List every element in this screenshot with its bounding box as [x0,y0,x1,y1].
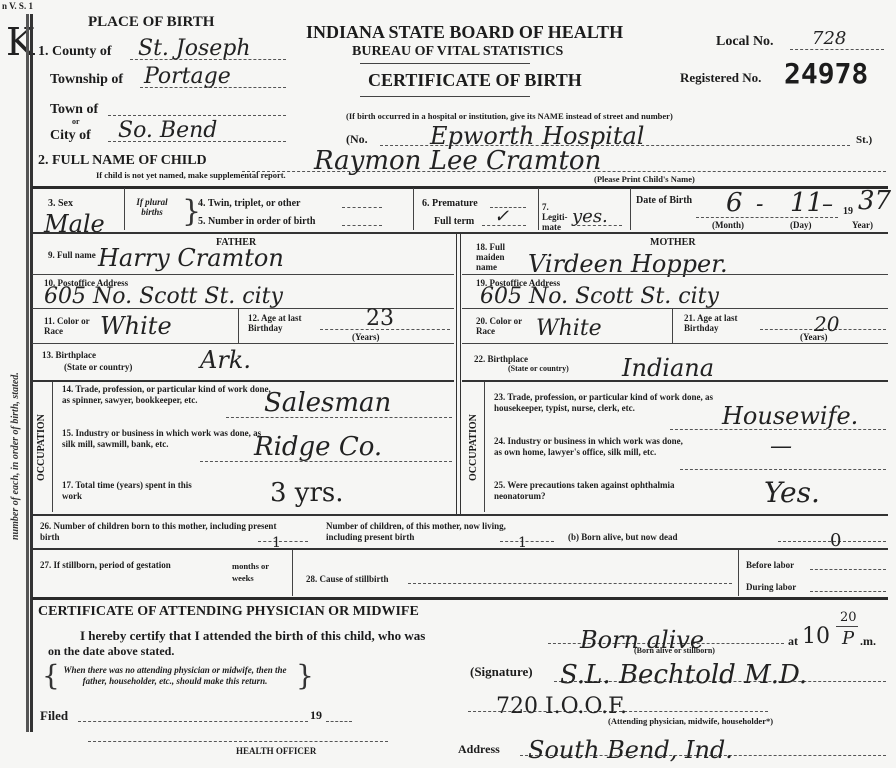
filed-label: Filed [40,708,68,724]
father-trade-value: Salesman [264,388,391,418]
before-labor-label: Before labor [746,560,794,570]
stillbirth-cause-label: 28. Cause of stillbirth [306,574,389,584]
children-living-field: 1 [500,532,554,542]
child-name-field: Raymon Lee Cramton [242,146,886,172]
local-no-label: Local No. [716,34,774,50]
local-no-field: 728 [790,28,884,50]
birth-status-caption: (Born alive or stillborn) [634,646,715,655]
county-field: St. Joseph [130,36,286,60]
or-label: or [72,117,80,126]
birth-time-min: 20 [840,610,857,625]
town-field [108,100,286,116]
full-term-check: ✓ [482,206,509,227]
mother-industry-field [680,458,886,470]
mother-occupation-title: OCCUPATION [468,388,479,508]
county-label: 1. County of [38,44,112,60]
registered-no-label: Registered No. [680,70,761,86]
health-officer-label: HEALTH OFFICER [236,746,316,756]
st-label: St.) [856,134,872,146]
father-time-label: 17. Total time (years) spent in this wor… [62,480,192,502]
dob-month: 6 [726,188,743,218]
margin-rule [26,14,29,732]
child-name-label: 2. FULL NAME OF CHILD [38,153,207,169]
mother-trade-value: Housewife. [722,402,858,430]
mother-birthplace-value: Indiana [622,354,714,382]
stillbirth-gestation-label: 27. If stillborn, period of gestation [40,560,171,570]
sex-label: 3. Sex [48,198,73,209]
address-label: Address [458,742,500,757]
mother-section-title: MOTHER [650,237,696,248]
township-value: Portage [140,64,231,89]
birth-ampm: P [842,628,854,649]
during-labor-field [810,582,886,592]
place-of-birth-title: PLACE OF BIRTH [88,14,214,31]
dob-year-prefix: 19 [843,206,853,217]
at-label: at [788,634,798,649]
dob-day: 11 [790,188,823,218]
form-id: n V. S. 1 [2,1,33,11]
mother-trade-label: 23. Trade, profession, or particular kin… [494,392,714,414]
children-living-label: Number of children, of this mother, now … [326,521,506,543]
order-label: 5. Number in order of birth [198,216,315,227]
physician-statement-cont: on the date above stated. [48,644,174,659]
father-age-value: 23 [366,306,394,331]
children-dead-label: (b) Born alive, but now dead [568,532,678,542]
mother-birthplace-sub: (State or country) [508,364,569,373]
father-occupation-title: OCCUPATION [36,388,47,508]
margin-rule-inner [30,14,33,732]
filed-year: 19 [310,708,322,723]
father-birthplace-label: 13. Birthplace [42,350,96,360]
signature-line2-value: 720 I.O.O.F. [468,694,627,719]
plural-label: If plural births [130,197,174,217]
legit-field: yes. [572,206,622,226]
month-caption: (Month) [712,220,744,230]
twin-label: 4. Twin, triplet, or other [198,198,301,209]
before-labor-field [810,560,886,570]
father-industry-label: 15. Industry or business in which work w… [62,428,262,450]
city-value: So. Bend [108,118,217,143]
signature-value: S.L. Bechtold M.D. [554,660,807,690]
mother-precautions-value: Yes. [764,476,820,509]
city-field: So. Bend [108,118,286,142]
board-title: INDIANA STATE BOARD OF HEALTH [306,22,623,43]
twin-field [342,196,382,208]
address-value: South Bend, Ind. [520,736,733,764]
legit-label: 7. Legiti-mate [542,202,572,232]
physician-title: CERTIFICATE OF ATTENDING PHYSICIAN OR MI… [38,604,419,620]
mother-race-label: 20. Color or Race [476,316,532,336]
premature-label: 6. Premature [422,198,478,209]
hospital-no-label: (No. [346,132,368,147]
mother-name-label: 18. Full maiden name [476,242,526,272]
filed-field [78,712,308,722]
signature-line2-field: 720 I.O.O.F. [468,694,768,712]
children-dead-field: 0 [778,530,886,542]
stillbirth-cause-field [408,574,732,584]
mother-industry-label: 24. Industry or business in which work w… [494,436,684,458]
signature-caption: (Attending physician, midwife, household… [608,716,773,726]
day-caption: (Day) [790,220,812,230]
father-birthplace-sub: (State or country) [64,362,132,372]
filed-year-field [326,712,352,722]
order-field [342,214,382,226]
mother-address-value: 605 No. Scott St. city [480,284,719,309]
father-industry-value: Ridge Co. [254,432,382,462]
town-label: Town of [50,102,98,118]
father-race-value: White [100,312,172,340]
m-label: .m. [860,634,876,649]
mother-years-caption: (Years) [800,332,828,342]
year-caption: Year) [852,220,873,230]
father-time-value: 3 yrs. [270,478,344,508]
birth-time-hour: 10 [802,624,830,649]
township-label: Township of [50,72,123,88]
local-no-value: 728 [790,28,846,49]
stillbirth-gestation-unit: months or weeks [232,560,280,584]
full-term-label: Full term [434,216,474,227]
hospital-field: Epworth Hospital [380,122,850,146]
father-birthplace-value: Ark. [200,346,251,374]
mother-industry-value: — [770,434,792,459]
mother-birthplace-label: 22. Birthplace [474,354,528,364]
father-address-value: 605 No. Scott St. city [44,284,283,309]
health-officer-line [88,738,388,742]
children-born-field: 1 [258,532,308,542]
father-years-caption: (Years) [352,332,380,342]
hospital-note: (If birth occurred in a hospital or inst… [346,111,886,121]
mother-precautions-label: 25. Were precautions taken against ophth… [494,480,684,502]
legit-value: yes. [572,206,608,227]
mother-race-value: White [536,316,602,341]
birth-status-field: Born alive [548,626,784,644]
not-named-note: If child is not yet named, make suppleme… [96,170,286,180]
father-race-label: 11. Color or Race [44,316,100,336]
county-value: St. Joseph [130,36,251,61]
signature-field[interactable]: S.L. Bechtold M.D. [554,660,886,682]
dob-year: 37 [858,186,891,216]
child-name-value: Raymon Lee Cramton [242,146,601,176]
children-born-label: 26. Number of children born to this moth… [40,521,280,543]
margin-instructions: number of each, in order of birth, state… [10,240,21,540]
print-note: (Please Print Child's Name) [594,174,695,184]
no-physician-note: When there was no attending physician or… [52,665,298,687]
during-labor-label: During labor [746,582,796,592]
registered-no-value: 24978 [784,57,868,90]
signature-label: (Signature) [470,664,533,680]
city-label: City of [50,128,91,144]
father-name-value: Harry Cramton [98,244,284,272]
bureau-title: BUREAU OF VITAL STATISTICS [352,44,563,60]
address-field: South Bend, Ind. [520,736,886,756]
township-field: Portage [140,64,286,88]
father-name-label: 9. Full name [48,250,98,260]
father-trade-label: 14. Trade, profession, or particular kin… [62,384,272,406]
certificate-title: CERTIFICATE OF BIRTH [368,70,582,91]
full-term-field: ✓ [482,206,526,226]
physician-statement: I hereby certify that I attended the bir… [80,628,425,644]
